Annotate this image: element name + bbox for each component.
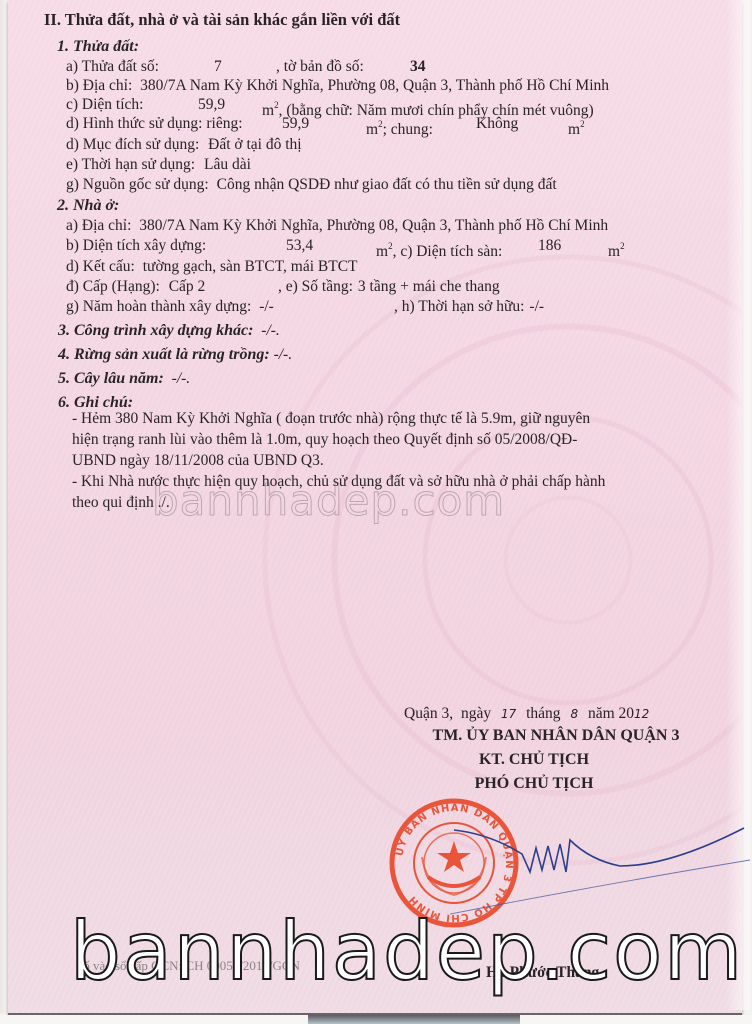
forest-row: 4. Rừng sản xuất là rừng trồng: -/-.	[58, 346, 292, 364]
perennial-label: 5. Cây lâu năm:	[58, 370, 164, 387]
house-structure-value: tường gạch, sàn BTCT, mái BTCT	[143, 258, 358, 275]
watermark-large: bannhadep.com	[70, 905, 744, 998]
house-grade-row: đ) Cấp (Hạng): Cấp 2 , e) Số tầng:3 tầng…	[66, 278, 205, 296]
house-area-row: b) Diện tích xây dựng: 53,4 m2, c) Diện …	[66, 237, 206, 255]
land-term-label: e) Thời hạn sử dụng:	[66, 156, 195, 173]
land-origin-label: g) Nguồn gốc sử dụng:	[66, 176, 209, 193]
land-usage-form-row: d) Hình thức sử dụng: riêng: 59,9 m2; ch…	[66, 115, 243, 133]
land-term-row: e) Thời hạn sử dụng: Lâu dài	[66, 156, 251, 174]
land-parcel-label: a) Thửa đất số:	[66, 58, 159, 75]
forest-label: 4. Rừng sản xuất là rừng trồng:	[58, 346, 270, 363]
land-purpose-value: Đất ở tại đô thị	[208, 136, 301, 153]
land-address-value: 380/7A Nam Kỳ Khởi Nghĩa, Phường 08, Quậ…	[140, 77, 609, 94]
house-structure-row: d) Kết cấu: tường gạch, sàn BTCT, mái BT…	[66, 258, 358, 276]
land-area-label: c) Diện tích:	[66, 96, 143, 113]
house-address-value: 380/7A Nam Kỳ Khởi Nghĩa, Phường 08, Quậ…	[139, 217, 608, 234]
sign-org: TM. ỦY BAN NHÂN DÂN QUẬN 3	[402, 724, 710, 748]
house-ownership-term: , h) Thời hạn sở hữu:-/-	[394, 298, 544, 316]
house-address-row: a) Địa chỉ: 380/7A Nam Kỳ Khởi Nghĩa, Ph…	[66, 217, 608, 235]
other-works-label: 3. Công trình xây dựng khác:	[58, 322, 253, 339]
scan-bottom-strip	[0, 1015, 752, 1024]
sign-titles: TM. ỦY BAN NHÂN DÂN QUẬN 3 KT. CHỦ TỊCH …	[402, 724, 710, 796]
land-purpose-label: d) Mục đích sử dụng:	[66, 136, 199, 153]
land-parcel-row: a) Thửa đất số: 7 , tờ bản đồ số: 34	[66, 58, 159, 76]
watermark-small: bannhadep.com	[152, 476, 505, 525]
land-purpose-row: d) Mục đích sử dụng: Đất ở tại đô thị	[66, 136, 302, 154]
land-private-unit: m2; chung:	[366, 115, 433, 139]
house-build-area-unit: m2, c) Diện tích sàn:	[376, 237, 502, 261]
land-origin-row: g) Nguồn gốc sử dụng: Công nhận QSDĐ như…	[66, 176, 557, 194]
house-build-area-label: b) Diện tích xây dựng:	[66, 237, 206, 254]
house-build-area-value: 53,4	[286, 237, 313, 255]
house-floor-area-unit: m2	[608, 237, 625, 261]
scan-background-object	[308, 1015, 520, 1024]
house-year-row: g) Năm hoàn thành xây dựng: -/- , h) Thờ…	[66, 298, 274, 316]
sign-date: Quận 3, ngày 17 tháng 8 năm 2012	[404, 705, 649, 723]
house-floor-area-value: 186	[538, 237, 561, 255]
land-heading: 1. Thửa đất:	[57, 38, 139, 56]
other-works-row: 3. Công trình xây dựng khác: -/-.	[58, 322, 280, 340]
house-grade-label: đ) Cấp (Hạng):	[66, 278, 160, 295]
sign-month-value: 8	[570, 707, 578, 721]
land-area-row: c) Diện tích: 59,9 m2, (bằng chữ: Năm mư…	[66, 96, 143, 114]
perennial-row: 5. Cây lâu năm: -/-.	[58, 370, 190, 388]
note-item: - Hẻm 380 Nam Kỳ Khởi Nghĩa ( đoạn trước…	[72, 408, 612, 471]
land-parcel-value: 7	[214, 58, 222, 76]
house-year-label: g) Năm hoàn thành xây dựng:	[66, 298, 251, 315]
land-map-value: 34	[410, 58, 426, 76]
sign-role-2: PHÓ CHỦ TỊCH	[358, 772, 710, 796]
land-shared-value: Không	[476, 115, 518, 133]
house-heading: 2. Nhà ở:	[57, 197, 119, 215]
section-title: II. Thửa đất, nhà ở và tài sản khác gắn …	[44, 11, 400, 29]
house-year-value: -/-	[259, 298, 274, 315]
forest-value: -/-.	[274, 346, 293, 363]
house-address-label: a) Địa chỉ:	[66, 217, 131, 234]
perennial-value: -/-.	[172, 370, 191, 387]
land-area-value: 59,9	[198, 96, 225, 114]
other-works-value: -/-.	[261, 322, 280, 339]
land-shared-unit: m2	[568, 115, 585, 139]
land-private-area-value: 59,9	[282, 115, 309, 133]
house-structure-label: d) Kết cấu:	[66, 258, 135, 275]
house-grade-value: Cấp 2	[169, 278, 206, 295]
scan-left-edge	[0, 0, 8, 1013]
sign-year-value: 12	[634, 707, 649, 721]
land-origin-value: Công nhận QSDĐ như giao đất có thu tiền …	[217, 176, 557, 193]
land-usage-form-label: d) Hình thức sử dụng: riêng:	[66, 115, 243, 132]
house-floors: , e) Số tầng:3 tầng + mái che thang	[278, 278, 500, 296]
land-term-value: Lâu dài	[204, 156, 251, 173]
land-map-label: , tờ bản đồ số:	[276, 58, 364, 76]
land-address-row: b) Địa chỉ: 380/7A Nam Kỳ Khởi Nghĩa, Ph…	[66, 77, 609, 95]
land-address-label: b) Địa chỉ:	[66, 77, 132, 94]
sign-role-1: KT. CHỦ TỊCH	[358, 748, 710, 772]
sign-day-value: 17	[501, 707, 516, 721]
